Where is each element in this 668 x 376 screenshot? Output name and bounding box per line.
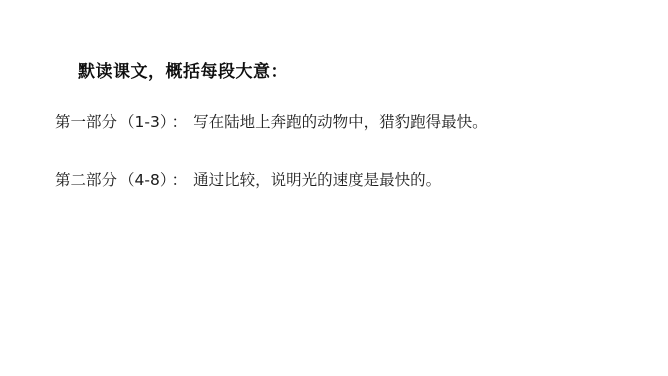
part-summary-text: 通过比较，说明光的速度是最快的。: [193, 171, 441, 189]
part-label: 第一部分: [55, 113, 117, 131]
part-label: 第二部分: [55, 171, 117, 189]
part-summary-line: 第二部分（4-8）：通过比较，说明光的速度是最快的。: [55, 168, 441, 190]
part-summary-line: 第一部分（1-3）：写在陆地上奔跑的动物中，猎豹跑得最快。: [55, 110, 488, 132]
part-range: （1-3）: [119, 113, 168, 131]
slide-heading: 默读课文，概括每段大意：: [78, 57, 288, 82]
part-colon: ：: [172, 171, 188, 189]
part-range: （4-8）: [119, 171, 168, 189]
part-summary-text: 写在陆地上奔跑的动物中，猎豹跑得最快。: [193, 113, 488, 131]
slide: 默读课文，概括每段大意： 第一部分（1-3）：写在陆地上奔跑的动物中，猎豹跑得最…: [0, 0, 668, 376]
part-colon: ：: [172, 113, 188, 131]
